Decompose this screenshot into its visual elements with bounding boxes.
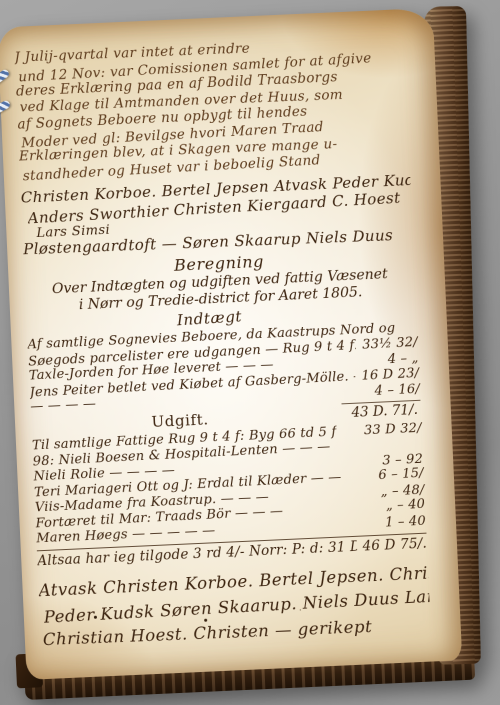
ledger-amount: 1 – 40 — [385, 513, 426, 530]
expense-entries: Til samtlige Fattige Rug 9 t 4 f: Byg 66… — [32, 420, 427, 546]
book: J Julij-qvartal var intet at erindre und… — [0, 2, 489, 701]
closing-balance-amount: 46 D 75/. — [362, 537, 427, 555]
ledger-amount: 4 – 16/ — [374, 382, 420, 400]
ledger-amount: 6 – 15/ — [378, 466, 424, 484]
photo-background: J Julij-qvartal var intet at erindre und… — [0, 0, 500, 705]
manuscript-page: J Julij-qvartal var intet at erindre und… — [0, 8, 462, 680]
ledger-amount: 16 D 23/ — [361, 365, 419, 383]
signature-block-bottom: Atvask Christen Korboe. Bertel Jepsen. C… — [38, 560, 431, 653]
income-total-amount: 43 D. 71/. — [341, 399, 421, 421]
ink-specks — [94, 616, 97, 619]
ledger-amount: 33½ 32/ — [362, 334, 418, 352]
opening-paragraph: J Julij-qvartal var intet at erindre und… — [14, 33, 410, 183]
ledger-amount: „ – 40 — [386, 497, 426, 514]
